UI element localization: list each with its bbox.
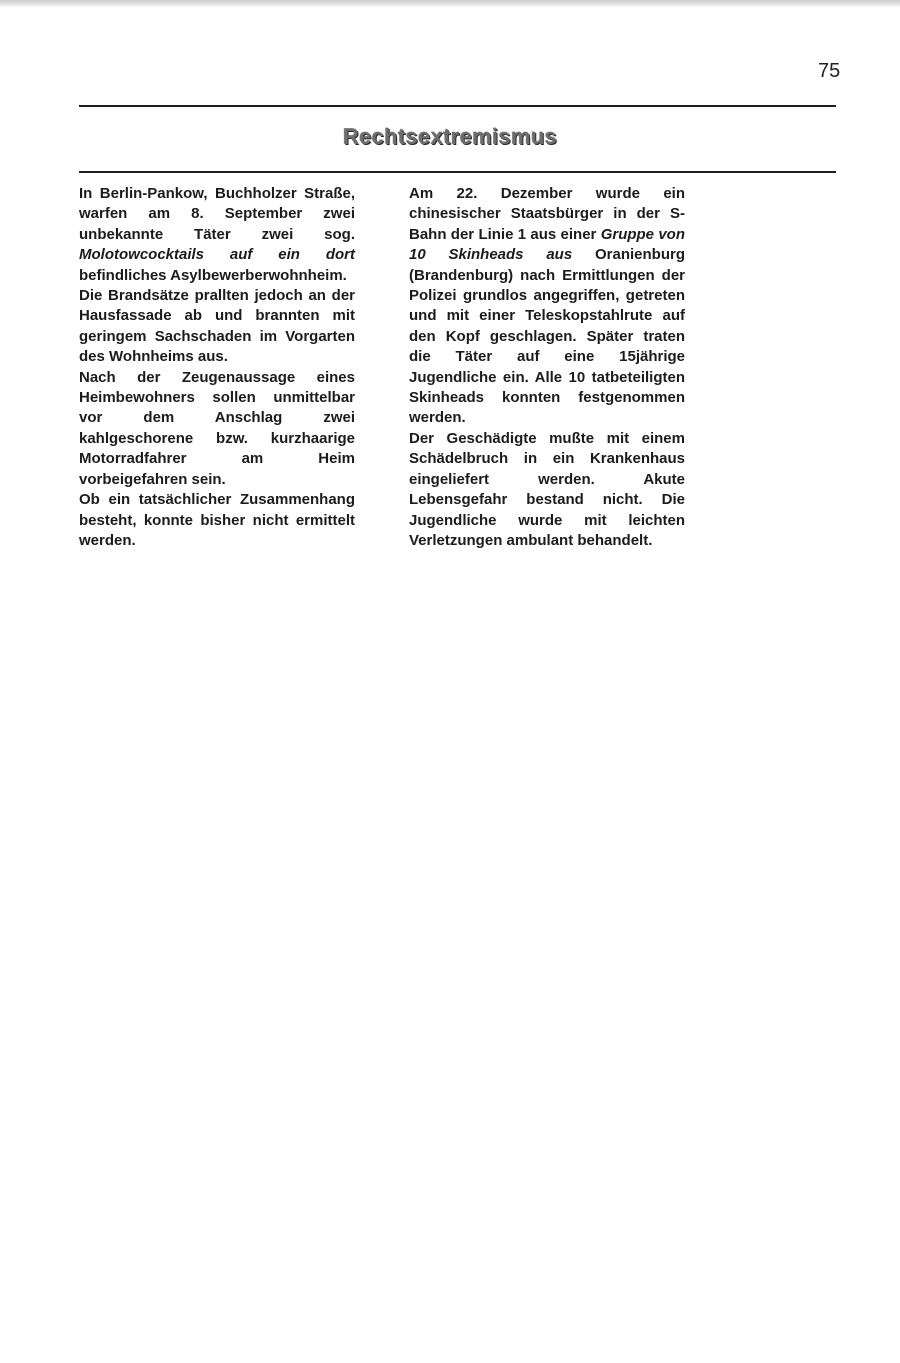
- page-number: 75: [818, 60, 840, 83]
- paragraph: Am 22. Dezember wurde ein chinesischer S…: [409, 184, 685, 429]
- section-title: Rechtsextremismus: [0, 124, 900, 150]
- paragraph-text: In Berlin-Pankow, Buchholzer Straße, war…: [79, 185, 355, 243]
- header-rule-top: [79, 105, 836, 107]
- header-rule-bottom: [79, 171, 836, 173]
- paragraph: Der Geschädigte mußte mit einem Schädelb…: [409, 429, 685, 551]
- paragraph-text: befindliches Asylbewerberwohnheim.: [79, 267, 347, 284]
- paragraph: Ob ein tatsächlicher Zusammenhang besteh…: [79, 490, 355, 551]
- right-column: Am 22. Dezember wurde ein chinesischer S…: [409, 184, 685, 551]
- paragraph-text: Oranienburg (Brandenburg) nach Ermittlun…: [409, 246, 685, 426]
- paragraph-italic-text: Molotowcocktails auf ein dort: [79, 246, 355, 263]
- paragraph: Nach der Zeugenaussage eines Heimbewohne…: [79, 368, 355, 490]
- paragraph: In Berlin-Pankow, Buchholzer Straße, war…: [79, 184, 355, 286]
- left-column: In Berlin-Pankow, Buchholzer Straße, war…: [79, 184, 355, 551]
- paragraph: Die Brandsätze prallten jedoch an der Ha…: [79, 286, 355, 368]
- scan-edge: [0, 0, 900, 7]
